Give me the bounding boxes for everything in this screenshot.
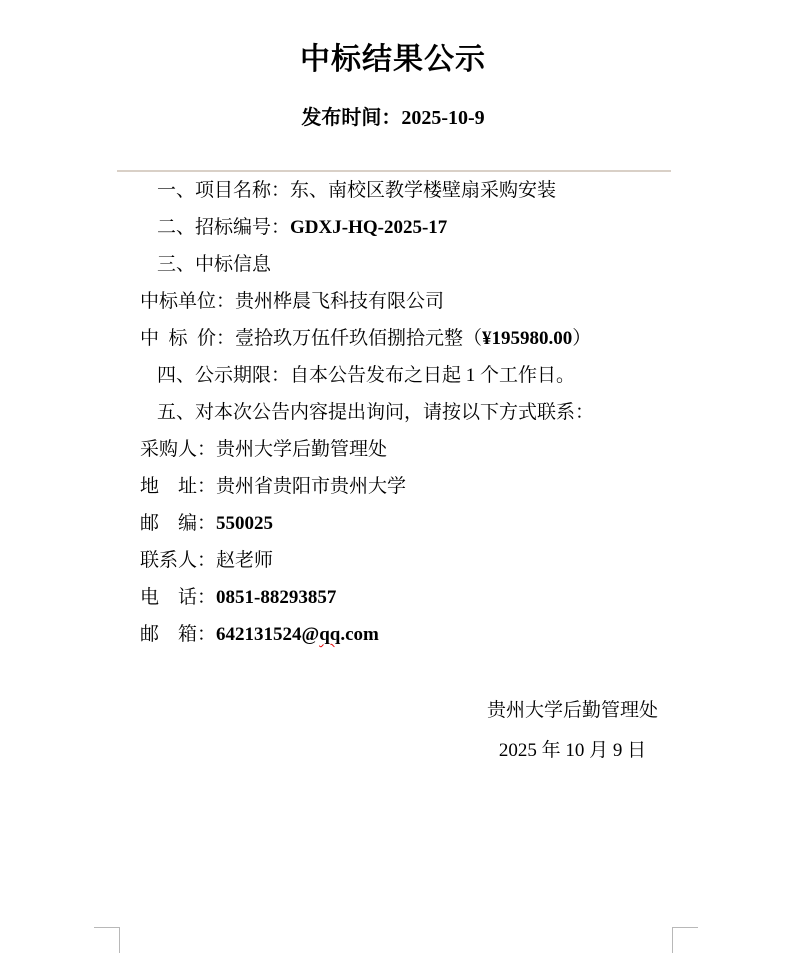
body-line: 邮 箱：642131524@qq.com bbox=[119, 616, 672, 653]
body-line: 地 址：贵州省贵阳市贵州大学 bbox=[119, 468, 672, 505]
label-text: 电 话： bbox=[140, 587, 216, 608]
value-text: 0851-88293857 bbox=[216, 587, 336, 608]
label-text: ） bbox=[572, 328, 591, 349]
text-boundary-mark-left bbox=[94, 927, 120, 953]
footer: 贵州大学后勤管理处2025 年 10 月 9 日 bbox=[119, 691, 672, 771]
body-lines: 一、项目名称：东、南校区教学楼壁扇采购安装二、招标编号：GDXJ-HQ-2025… bbox=[119, 172, 672, 653]
body-line: 邮 编：550025 bbox=[119, 505, 672, 542]
body-line: 联系人：赵老师 bbox=[119, 542, 672, 579]
label-text: 年 bbox=[537, 740, 566, 761]
body-line: 采购人：贵州大学后勤管理处 bbox=[119, 431, 672, 468]
label-text: 日 bbox=[622, 740, 646, 761]
label-text: 个工作日。 bbox=[475, 365, 575, 386]
label-text: 贵州大学后勤管理处 bbox=[487, 700, 658, 721]
label-text: 采购人：贵州大学后勤管理处 bbox=[140, 439, 387, 460]
label-text: 联系人：赵老师 bbox=[140, 550, 273, 571]
value-text: GDXJ-HQ-2025-17 bbox=[290, 217, 447, 238]
misspelled-text: qq bbox=[319, 624, 340, 645]
label-text: 月 bbox=[584, 740, 613, 761]
body-line: 一、项目名称：东、南校区教学楼壁扇采购安装 bbox=[119, 172, 672, 209]
footer-line: 贵州大学后勤管理处 bbox=[487, 691, 658, 731]
page-title: 中标结果公示 bbox=[0, 36, 786, 84]
body-line: 三、中标信息 bbox=[119, 246, 672, 283]
body-line: 四、公示期限：自本公告发布之日起 1 个工作日。 bbox=[119, 357, 672, 394]
label-text: 地 址：贵州省贵阳市贵州大学 bbox=[140, 476, 406, 497]
value-text: 642131524@ bbox=[216, 624, 319, 645]
value-text: 1 bbox=[466, 365, 476, 386]
label-text: 邮 编： bbox=[140, 513, 216, 534]
body-line: 中 标 价：壹拾玖万伍仟玖佰捌拾元整（¥195980.00） bbox=[119, 320, 672, 357]
value-text: .com bbox=[340, 624, 379, 645]
text-boundary-mark-right bbox=[672, 927, 698, 953]
footer-line: 2025 年 10 月 9 日 bbox=[487, 731, 658, 771]
body-line: 中标单位：贵州桦晨飞科技有限公司 bbox=[119, 283, 672, 320]
label-text: 中 标 价：壹拾玖万伍仟玖佰捌拾元整（ bbox=[140, 328, 482, 349]
label-text: 中标单位：贵州桦晨飞科技有限公司 bbox=[140, 291, 444, 312]
label-text: 三、中标信息 bbox=[157, 254, 271, 275]
label-text: 四、公示期限：自本公告发布之日起 bbox=[157, 365, 466, 386]
value-text: 2025 bbox=[499, 740, 537, 761]
value-text: 10 bbox=[565, 740, 584, 761]
label-text: 二、招标编号： bbox=[157, 217, 290, 238]
body-line: 五、对本次公告内容提出询问，请按以下方式联系： bbox=[119, 394, 672, 431]
value-text: 9 bbox=[613, 740, 623, 761]
label-text: 邮 箱： bbox=[140, 624, 216, 645]
document-page: 中标结果公示 发布时间：2025-10-9 一、项目名称：东、南校区教学楼壁扇采… bbox=[0, 0, 786, 973]
footer-block: 贵州大学后勤管理处2025 年 10 月 9 日 bbox=[487, 691, 658, 771]
value-text: 550025 bbox=[216, 513, 273, 534]
label-text: 一、项目名称：东、南校区教学楼壁扇采购安装 bbox=[157, 180, 556, 201]
body-line: 二、招标编号：GDXJ-HQ-2025-17 bbox=[119, 209, 672, 246]
label-text: 五、对本次公告内容提出询问，请按以下方式联系： bbox=[157, 402, 594, 423]
body-line: 电 话：0851-88293857 bbox=[119, 579, 672, 616]
publish-time: 发布时间：2025-10-9 bbox=[0, 103, 786, 133]
value-text: ¥195980.00 bbox=[482, 328, 572, 349]
